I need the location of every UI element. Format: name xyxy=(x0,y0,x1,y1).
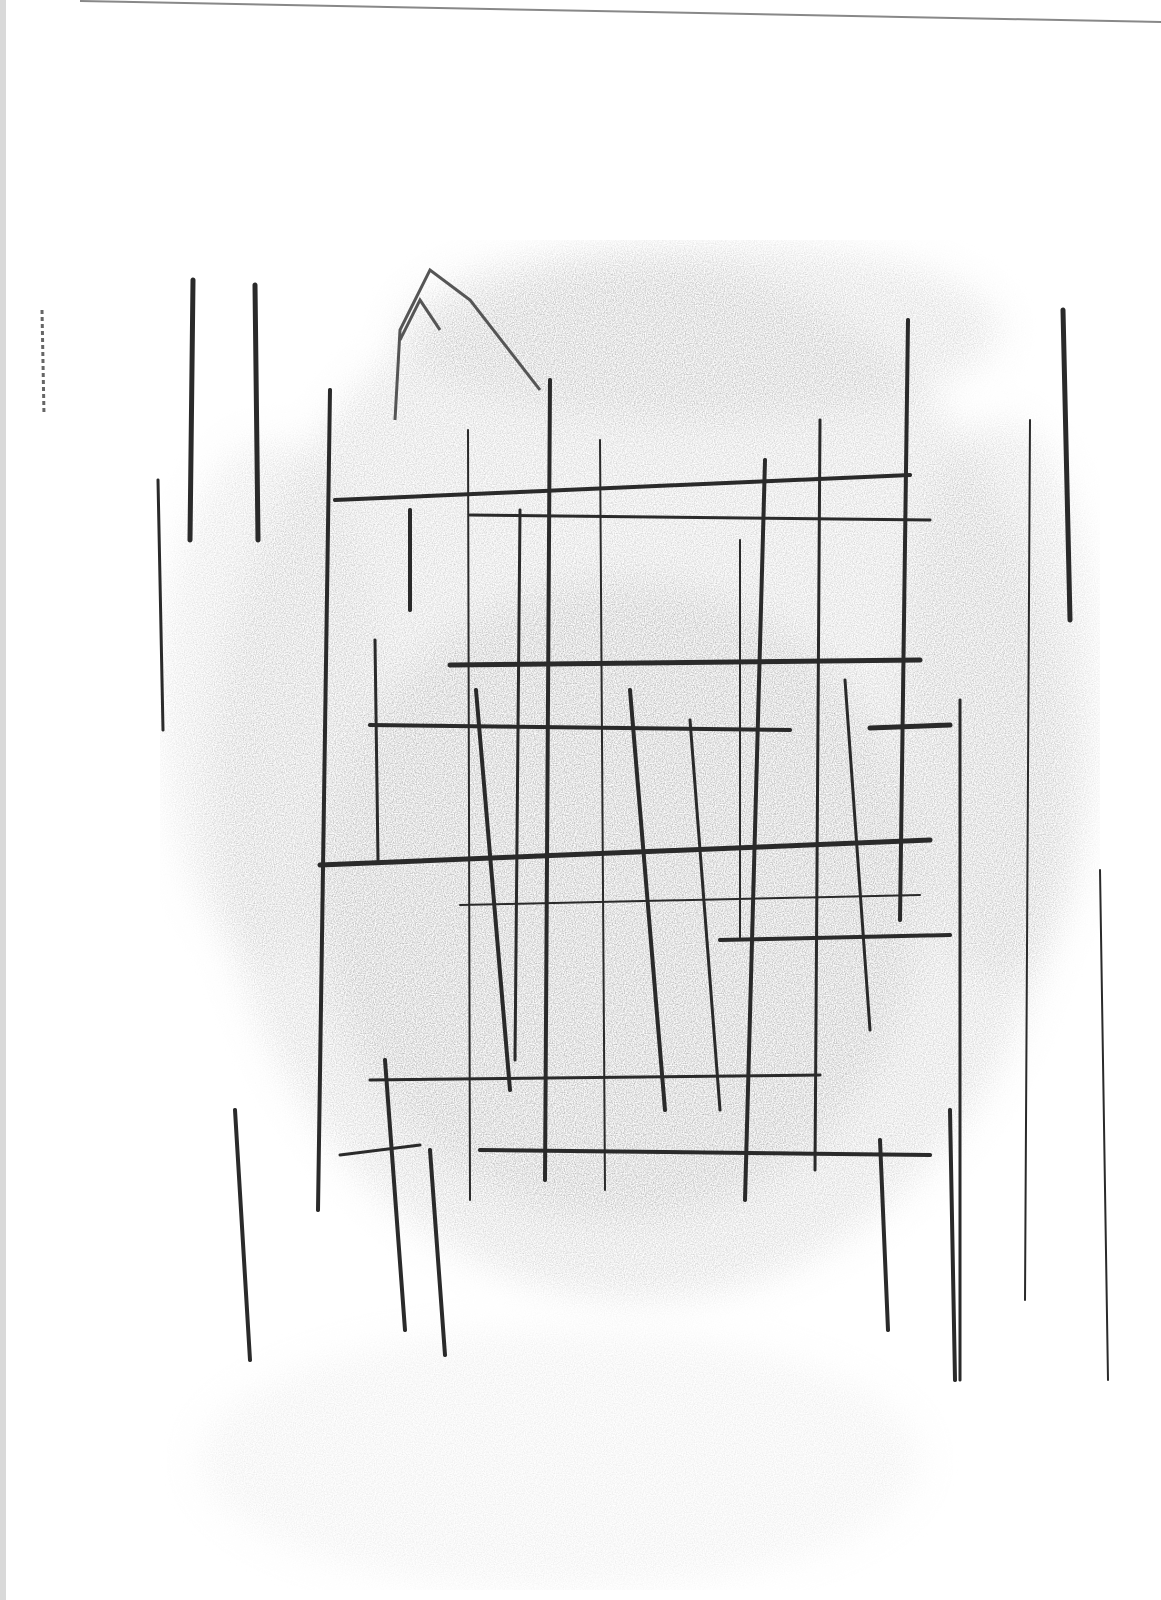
charcoal-drawing xyxy=(0,0,1161,1600)
margin-mark xyxy=(42,310,44,415)
